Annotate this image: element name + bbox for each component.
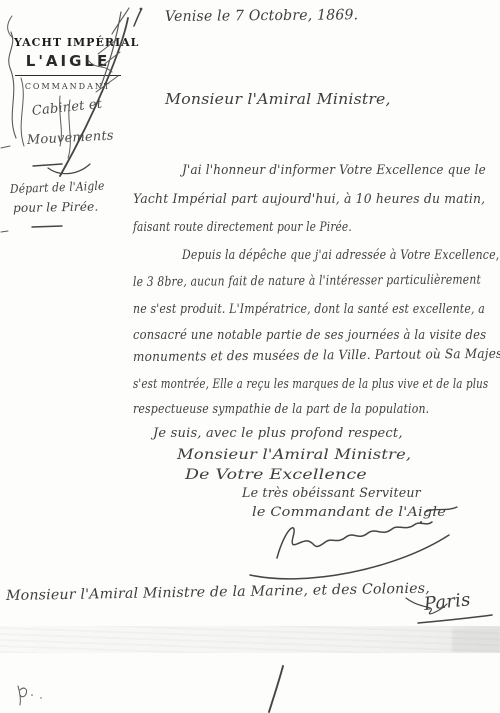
closing-line4: Le très obéissant Serviteur — [242, 486, 421, 501]
address-line: Monsieur l'Amiral Ministre de la Marine,… — [6, 581, 430, 604]
body-p2-line2: le 3 8bre, aucun fait de nature à l'inté… — [133, 273, 481, 290]
scan-corner-smudge — [452, 628, 500, 652]
body-p2-line5: monuments et des musées de la Ville. Par… — [133, 347, 500, 365]
registry-note-line1: Cabinet et — [31, 97, 103, 119]
closing-line3: De Votre Excellence — [185, 467, 367, 483]
body-p2-line6: s'est montrée, Elle a reçu les marques d… — [133, 377, 488, 392]
letterhead: YACHT IMPÉRIAL L'AIGLE COMMANDANT — [14, 36, 122, 91]
body-p2-line7: respectueuse sympathie de la part de la … — [133, 402, 429, 417]
salutation: Monsieur l'Amiral Ministre, — [165, 92, 391, 108]
body-p2-line3: ne s'est produit. L'Impératrice, dont la… — [133, 302, 485, 317]
registry-note-line2: Mouvements — [27, 128, 115, 148]
body-p1-line3: faisant route directement pour le Pirée. — [133, 220, 352, 235]
closing-line1: Je suis, avec le plus profond respect, — [153, 426, 403, 441]
letter-page: YACHT IMPÉRIAL L'AIGLE COMMANDANT Cabine… — [0, 0, 500, 713]
letterhead-title: YACHT IMPÉRIAL — [14, 36, 122, 49]
body-p2-line1: Depuis la dépêche que j'ai adressée à Vo… — [182, 248, 499, 263]
letterhead-subtitle: COMMANDANT — [14, 82, 122, 91]
signature — [235, 503, 475, 588]
body-p2-line4: consacré une notable partie de ses journ… — [133, 328, 486, 343]
scan-texture-band — [0, 626, 500, 653]
margin-note-line1: Départ de l'Aigle — [10, 179, 105, 196]
body-p1-line2: Yacht Impérial part aujourd'hui, à 10 he… — [133, 192, 485, 207]
letterhead-rule — [15, 75, 121, 76]
letterhead-ship-name: L'AIGLE — [14, 52, 122, 70]
margin-note-line2: pour le Pirée. — [13, 200, 99, 215]
closing-line2: Monsieur l'Amiral Ministre, — [177, 447, 411, 463]
address-city: Paris — [423, 589, 472, 615]
dateline: Venise le 7 Octobre, 1869. — [165, 7, 358, 25]
body-p1-line1: J'ai l'honneur d'informer Votre Excellen… — [182, 163, 486, 178]
